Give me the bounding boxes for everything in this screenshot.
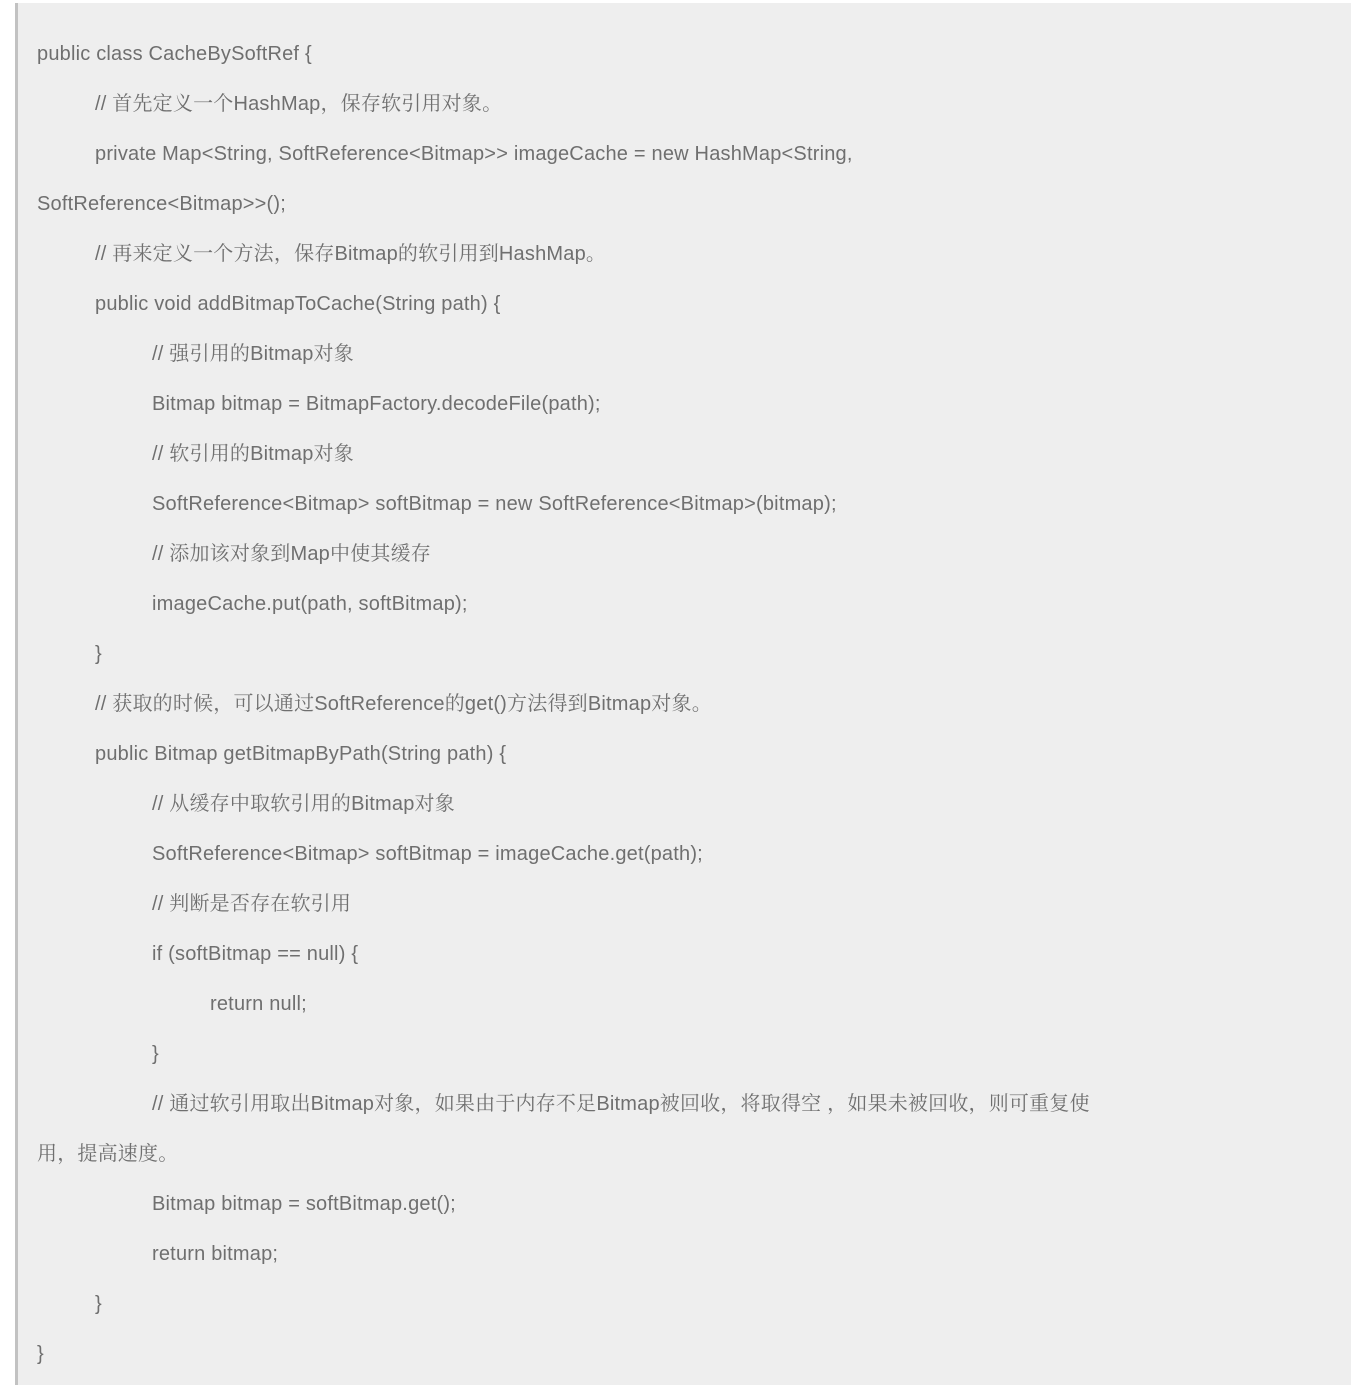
code-line: public Bitmap getBitmapByPath(String pat… [37,729,1341,779]
code-line: imageCache.put(path, softBitmap); [37,579,1341,629]
code-line: // 软引用的Bitmap对象 [37,429,1341,479]
code-line: // 从缓存中取软引用的Bitmap对象 [37,779,1341,829]
code-line: return null; [37,979,1341,1029]
code-line: } [37,629,1341,679]
code-line: 用，提高速度。 [37,1129,1341,1179]
code-line: public void addBitmapToCache(String path… [37,279,1341,329]
code-line: } [37,1329,1341,1379]
code-line: // 强引用的Bitmap对象 [37,329,1341,379]
code-block-panel: public class CacheBySoftRef {// 首先定义一个Ha… [15,3,1351,1385]
code-line: // 再来定义一个方法，保存Bitmap的软引用到HashMap。 [37,229,1341,279]
page: public class CacheBySoftRef {// 首先定义一个Ha… [0,0,1358,1390]
code-line: } [37,1279,1341,1329]
code-line: return bitmap; [37,1229,1341,1279]
code-line: if (softBitmap == null) { [37,929,1341,979]
code-lines: public class CacheBySoftRef {// 首先定义一个Ha… [37,29,1341,1379]
code-line: // 添加该对象到Map中使其缓存 [37,529,1341,579]
code-line: // 通过软引用取出Bitmap对象，如果由于内存不足Bitmap被回收，将取得… [37,1079,1341,1129]
code-line: public class CacheBySoftRef { [37,29,1341,79]
code-line: // 判断是否存在软引用 [37,879,1341,929]
code-line: Bitmap bitmap = softBitmap.get(); [37,1179,1341,1229]
code-line: Bitmap bitmap = BitmapFactory.decodeFile… [37,379,1341,429]
code-line: SoftReference<Bitmap> softBitmap = image… [37,829,1341,879]
code-line: private Map<String, SoftReference<Bitmap… [37,129,1341,179]
code-line: // 首先定义一个HashMap，保存软引用对象。 [37,79,1341,129]
code-line: SoftReference<Bitmap> softBitmap = new S… [37,479,1341,529]
code-line: // 获取的时候，可以通过SoftReference的get()方法得到Bitm… [37,679,1341,729]
code-line: SoftReference<Bitmap>>(); [37,179,1341,229]
code-line: } [37,1029,1341,1079]
